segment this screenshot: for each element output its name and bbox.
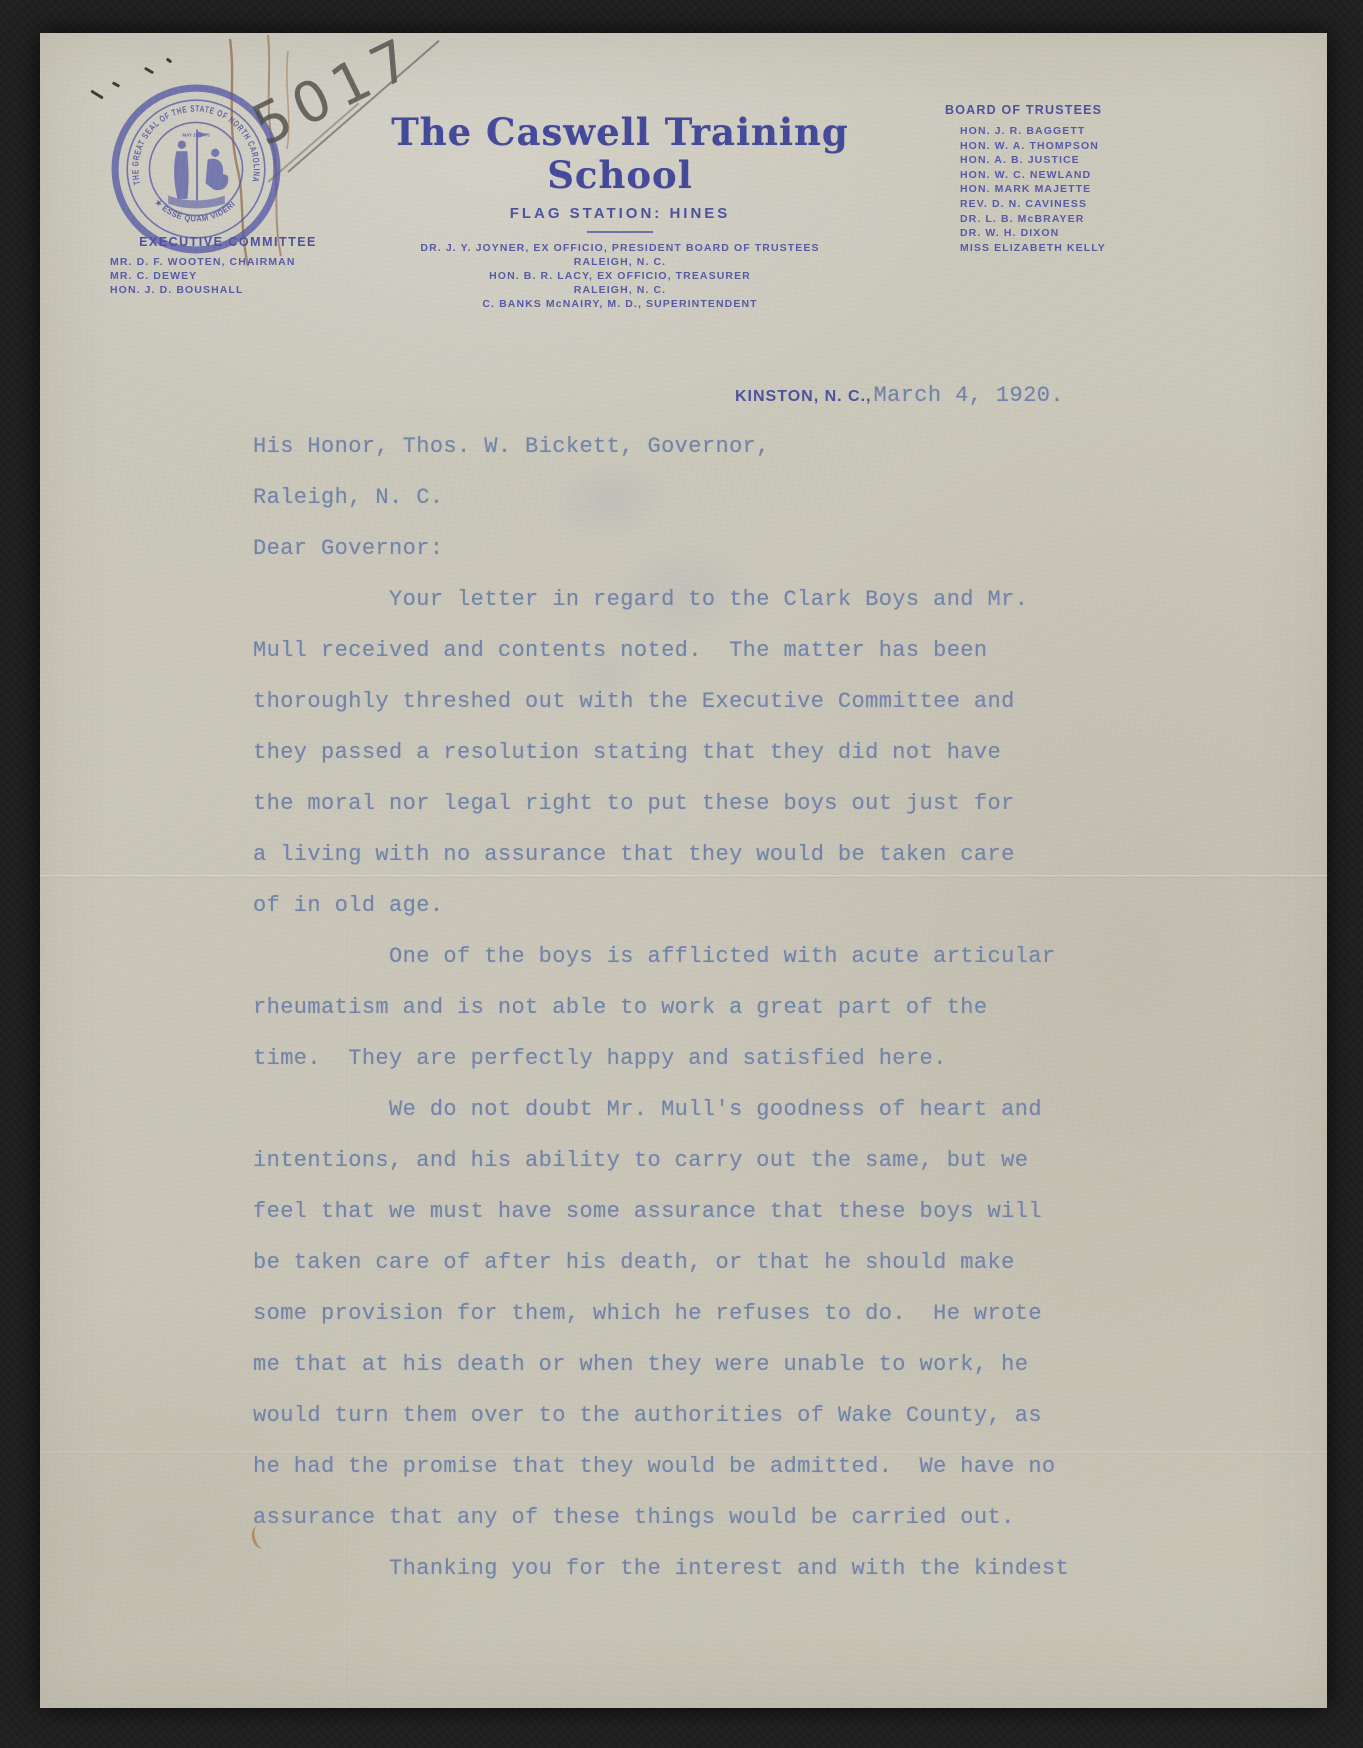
letter-line: We do not doubt Mr. Mull's goodness of h… (253, 1084, 1163, 1135)
letter-line: Raleigh, N. C. (253, 472, 1163, 523)
letter-line: thoroughly threshed out with the Executi… (253, 676, 1163, 727)
dateline-typed-date: March 4, 1920. (874, 383, 1064, 408)
trustee-name: HON. W. A. THOMPSON (960, 139, 1215, 154)
letter-line: would turn them over to the authorities … (253, 1390, 1163, 1441)
ink-speck (144, 67, 154, 75)
letter-body: His Honor, Thos. W. Bickett, Governor, R… (253, 421, 1163, 1594)
dateline-place: KINSTON, N. C., (735, 388, 872, 405)
letter-line: a living with no assurance that they wou… (253, 829, 1163, 880)
officer-line: RALEIGH, N. C. (358, 255, 882, 269)
seal-figures (169, 130, 228, 208)
ink-speck (166, 58, 173, 64)
trustee-name: HON. A. B. JUSTICE (960, 153, 1215, 168)
letter-page: THE GREAT SEAL OF THE STATE OF NORTH CAR… (40, 33, 1327, 1708)
committee-member-name: MR. C. DEWEY (110, 269, 366, 283)
board-of-trustees: BOARD OF TRUSTEES HON. J. R. BAGGETT HON… (945, 103, 1215, 255)
committee-member-name: HON. J. D. BOUSHALL (110, 283, 366, 297)
letter-line: Mull received and contents noted. The ma… (253, 625, 1163, 676)
letter-line: intentions, and his ability to carry out… (253, 1135, 1163, 1186)
letter-line: he had the promise that they would be ad… (253, 1441, 1163, 1492)
letter-line: me that at his death or when they were u… (253, 1339, 1163, 1390)
scan-background: THE GREAT SEAL OF THE STATE OF NORTH CAR… (0, 0, 1363, 1748)
trustee-name: DR. L. B. McBRAYER (960, 212, 1215, 227)
school-name-title: The Caswell Training School (358, 111, 882, 196)
trustee-name: HON. W. C. NEWLAND (960, 168, 1215, 183)
letter-line: Dear Governor: (253, 523, 1163, 574)
letter-line: One of the boys is afflicted with acute … (253, 931, 1163, 982)
letter-line: assurance that any of these things would… (253, 1492, 1163, 1543)
committee-member-name: MR. D. F. WOOTEN, CHAIRMAN (110, 255, 366, 269)
ink-speck (90, 90, 103, 100)
letter-line: the moral nor legal right to put these b… (253, 778, 1163, 829)
letter-line: Your letter in regard to the Clark Boys … (253, 574, 1163, 625)
trustee-name: MISS ELIZABETH KELLY (960, 241, 1215, 256)
officer-lines: DR. J. Y. JOYNER, EX OFFICIO, PRESIDENT … (358, 241, 882, 311)
letter-line: time. They are perfectly happy and satis… (253, 1033, 1163, 1084)
letter-line: rheumatism and is not able to work a gre… (253, 982, 1163, 1033)
executive-committee: EXECUTIVE COMMITTEE MR. D. F. WOOTEN, CH… (90, 235, 366, 297)
trustee-name: REV. D. N. CAVINESS (960, 197, 1215, 212)
letter-line: feel that we must have some assurance th… (253, 1186, 1163, 1237)
board-of-trustees-list: HON. J. R. BAGGETT HON. W. A. THOMPSON H… (945, 124, 1215, 255)
letter-line: some provision for them, which he refuse… (253, 1288, 1163, 1339)
trustee-name: HON. J. R. BAGGETT (960, 124, 1215, 139)
executive-committee-list: MR. D. F. WOOTEN, CHAIRMAN MR. C. DEWEY … (90, 255, 366, 297)
trustee-name: DR. W. H. DIXON (960, 226, 1215, 241)
letter-line: be taken care of after his death, or tha… (253, 1237, 1163, 1288)
officer-line: C. BANKS McNAIRY, M. D., SUPERINTENDENT (358, 297, 882, 311)
executive-committee-title: EXECUTIVE COMMITTEE (90, 235, 366, 249)
dateline: KINSTON, N. C.,March 4, 1920. (735, 383, 1064, 408)
flag-station-line: FLAG STATION: HINES (358, 205, 882, 222)
letter-line: His Honor, Thos. W. Bickett, Governor, (253, 421, 1163, 472)
letterhead-divider (587, 231, 653, 233)
letter-line: they passed a resolution stating that th… (253, 727, 1163, 778)
officer-line: HON. B. R. LACY, EX OFFICIO, TREASURER (358, 269, 882, 283)
officer-line: RALEIGH, N. C. (358, 283, 882, 297)
officer-line: DR. J. Y. JOYNER, EX OFFICIO, PRESIDENT … (358, 241, 882, 255)
letter-line: Thanking you for the interest and with t… (253, 1543, 1163, 1594)
board-of-trustees-title: BOARD OF TRUSTEES (945, 103, 1215, 117)
trustee-name: HON. MARK MAJETTE (960, 182, 1215, 197)
letterhead: The Caswell Training School FLAG STATION… (358, 111, 882, 311)
letter-line: of in old age. (253, 880, 1163, 931)
